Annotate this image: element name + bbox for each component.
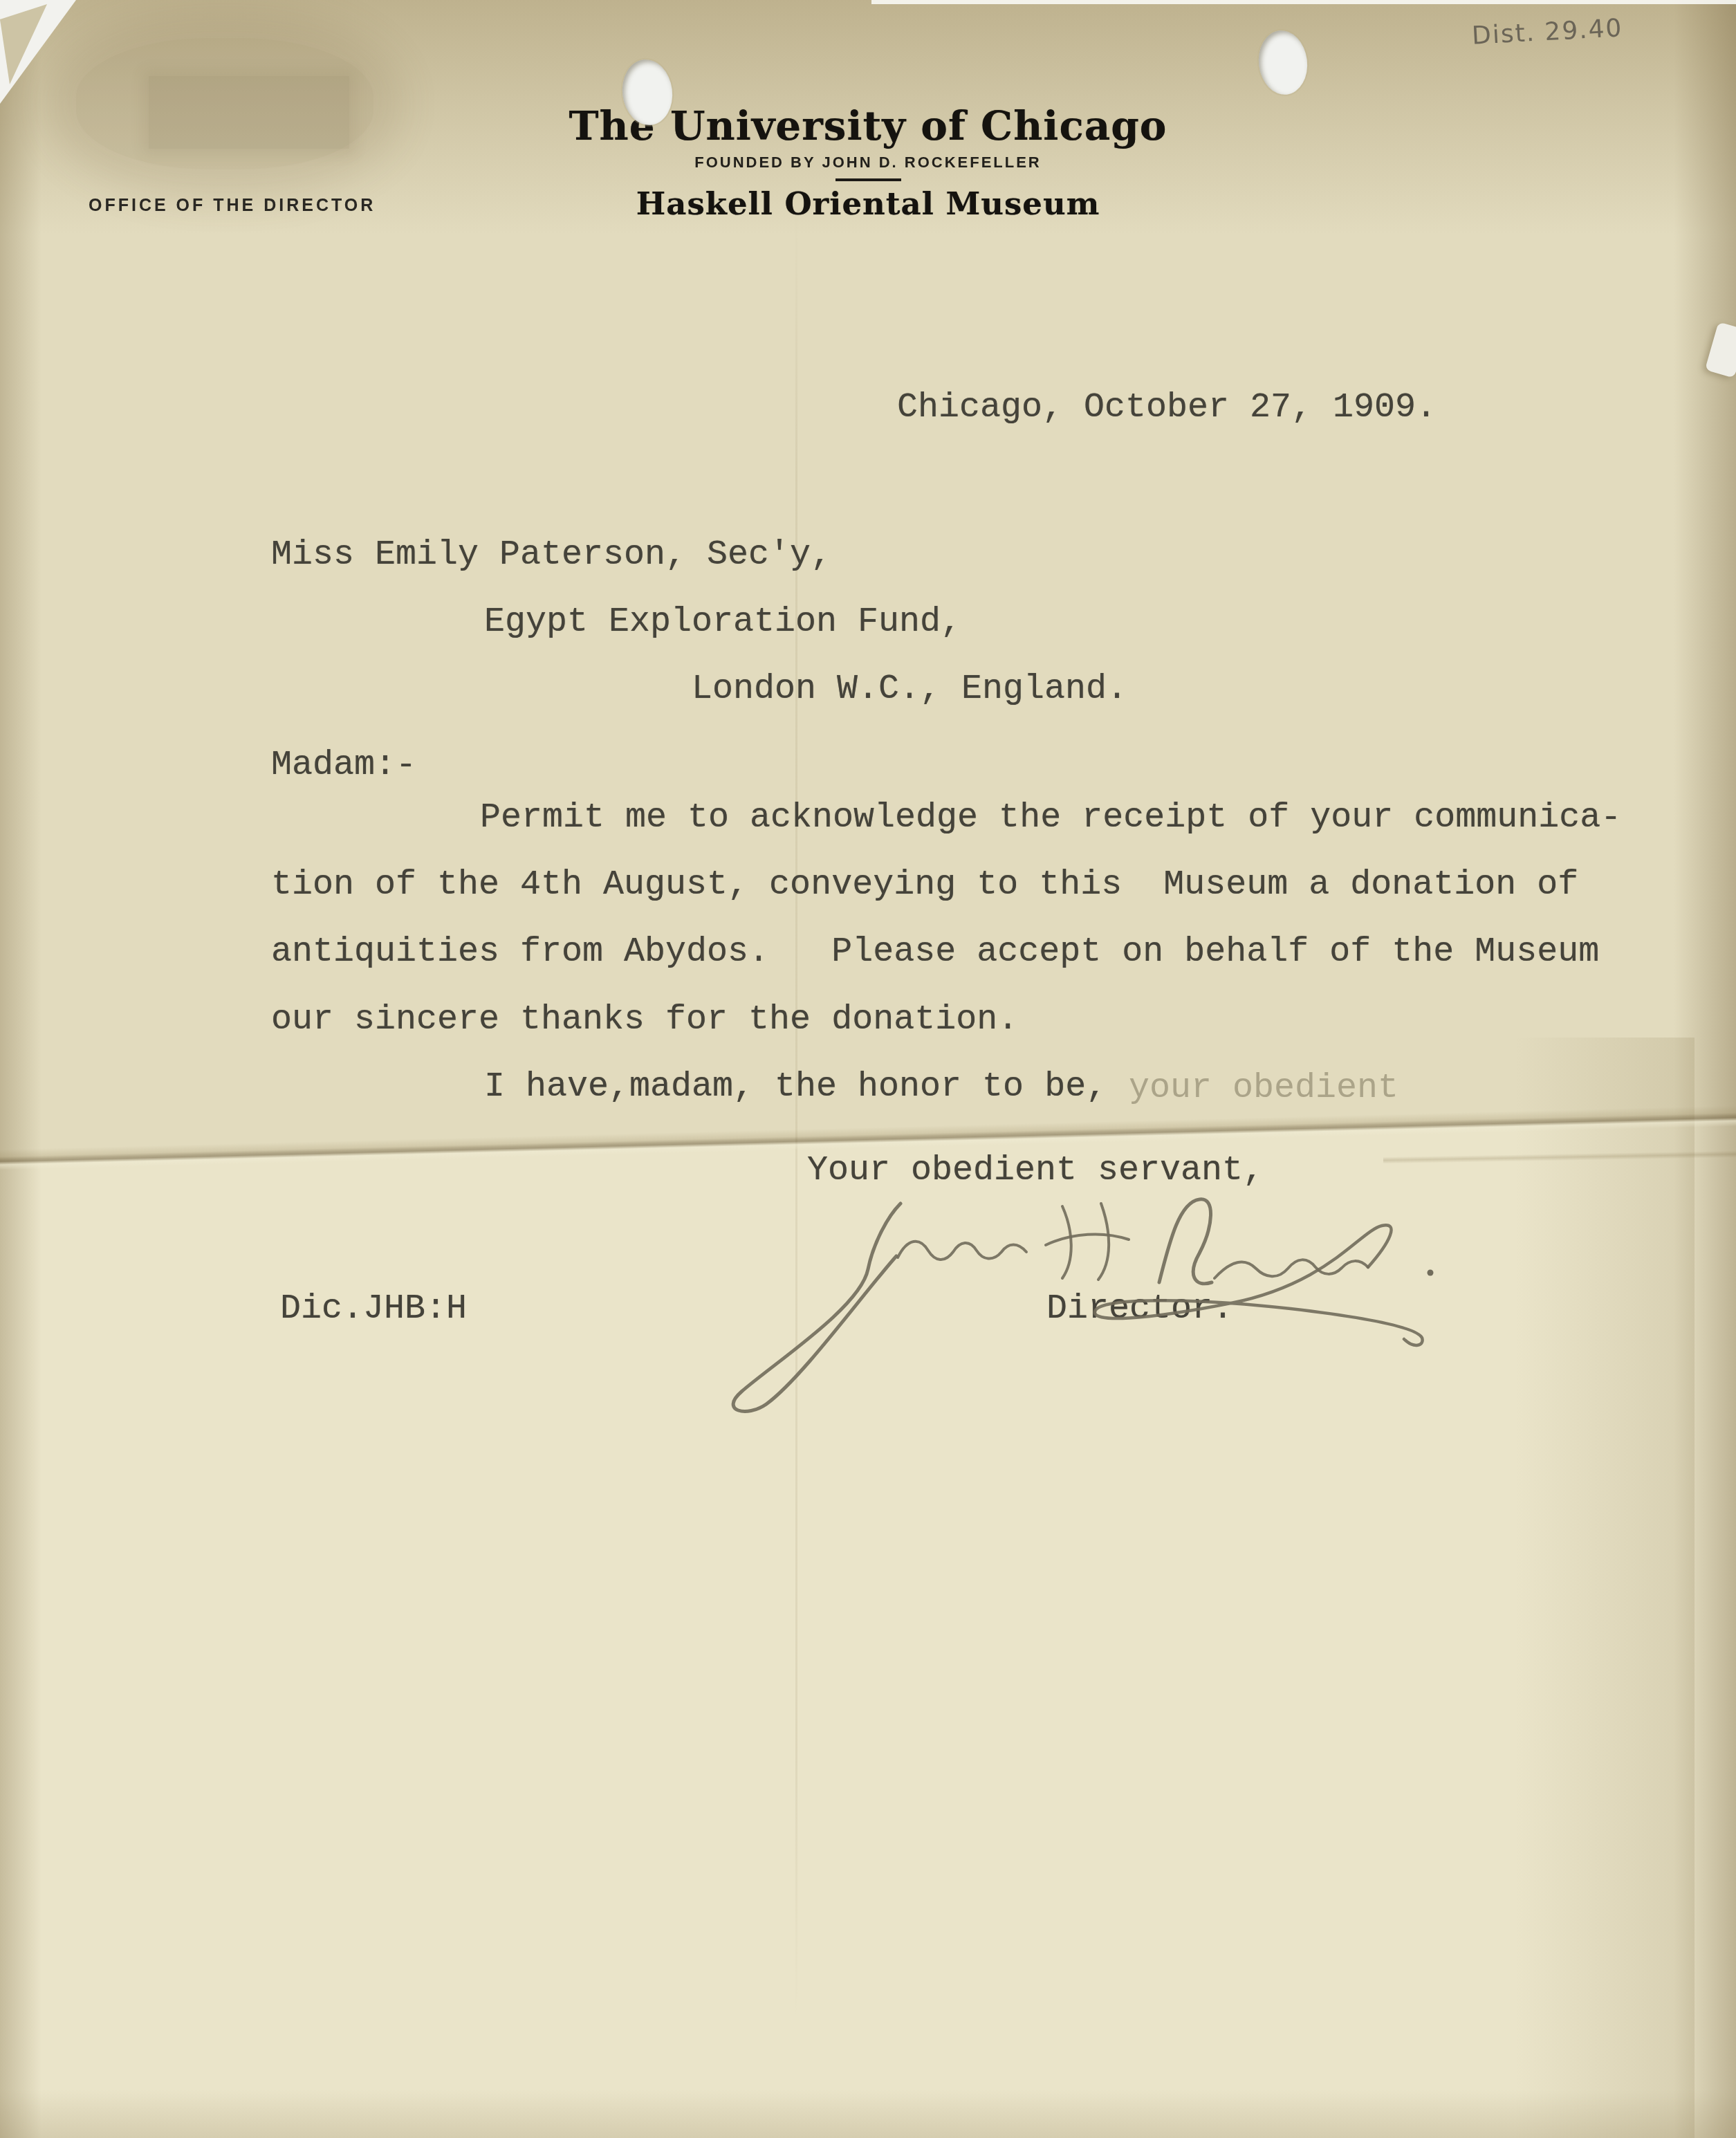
right-edge-tear — [1705, 322, 1736, 378]
closing-line: Your obedient servant, — [807, 1154, 1264, 1188]
secondary-fold-crease — [1383, 1150, 1736, 1163]
recipient-name-line: Miss Emily Paterson, Sec'y, — [271, 538, 831, 573]
signature-underline-flourish — [1095, 1225, 1423, 1345]
signature-james-h-breasted: James H. Breasted — [692, 1197, 1522, 1432]
upper-section-tone — [0, 0, 1736, 1161]
letter-scan-page: Dist. 29.40 The University of Chicago FO… — [0, 0, 1736, 2138]
dog-ear-flap — [0, 0, 62, 97]
signature-b-loop — [1159, 1199, 1212, 1284]
body-line-5: I have,madam, the honor to be, — [484, 1070, 1107, 1105]
signature-ames-scribble — [898, 1242, 1026, 1260]
torn-corner-backing — [0, 0, 83, 111]
letterhead-founded-line: FOUNDED BY JOHN D. ROCKEFELLER — [0, 154, 1736, 172]
signature-period-dot — [1428, 1270, 1434, 1276]
letterhead-divider-rule — [835, 178, 901, 181]
signature-h-stem2 — [1098, 1204, 1109, 1280]
signature-h-stem1 — [1062, 1206, 1071, 1278]
recipient-address-line: London W.C., England. — [692, 672, 1127, 707]
letterhead-institution-title: The University of Chicago — [0, 102, 1736, 149]
left-edge-aging — [0, 0, 41, 2138]
salutation: Madam:- — [271, 748, 416, 783]
right-edge-aging — [1674, 0, 1736, 2138]
erased-ghost-text: your obedient — [1129, 1071, 1398, 1106]
catalog-number-annotation: Dist. 29.40 — [1471, 14, 1623, 50]
body-line-4: our sincere thanks for the donation. — [271, 1003, 1018, 1038]
office-of-the-director-line: OFFICE OF THE DIRECTOR — [89, 196, 376, 216]
punch-hole-right — [1255, 28, 1311, 98]
bottom-edge-aging — [0, 2090, 1736, 2138]
signature-reasted-scribble — [1215, 1260, 1368, 1278]
vertical-fold-crease — [795, 208, 797, 2020]
signature-h-crossbar — [1046, 1234, 1129, 1245]
body-line-3: antiquities from Abydos. Please accept o… — [271, 935, 1599, 970]
typist-reference-line: Dic.JHB:H — [280, 1292, 467, 1327]
signature-j-loop — [733, 1204, 901, 1411]
dateline: Chicago, October 27, 1909. — [897, 391, 1437, 425]
body-line-1: Permit me to acknowledge the receipt of … — [480, 801, 1621, 836]
right-lower-shading — [1515, 1038, 1695, 2138]
body-line-2: tion of the 4th August, conveying to thi… — [271, 868, 1578, 903]
top-edge-backing-sliver — [871, 0, 1736, 4]
recipient-organization-line: Egypt Exploration Fund, — [484, 605, 961, 640]
